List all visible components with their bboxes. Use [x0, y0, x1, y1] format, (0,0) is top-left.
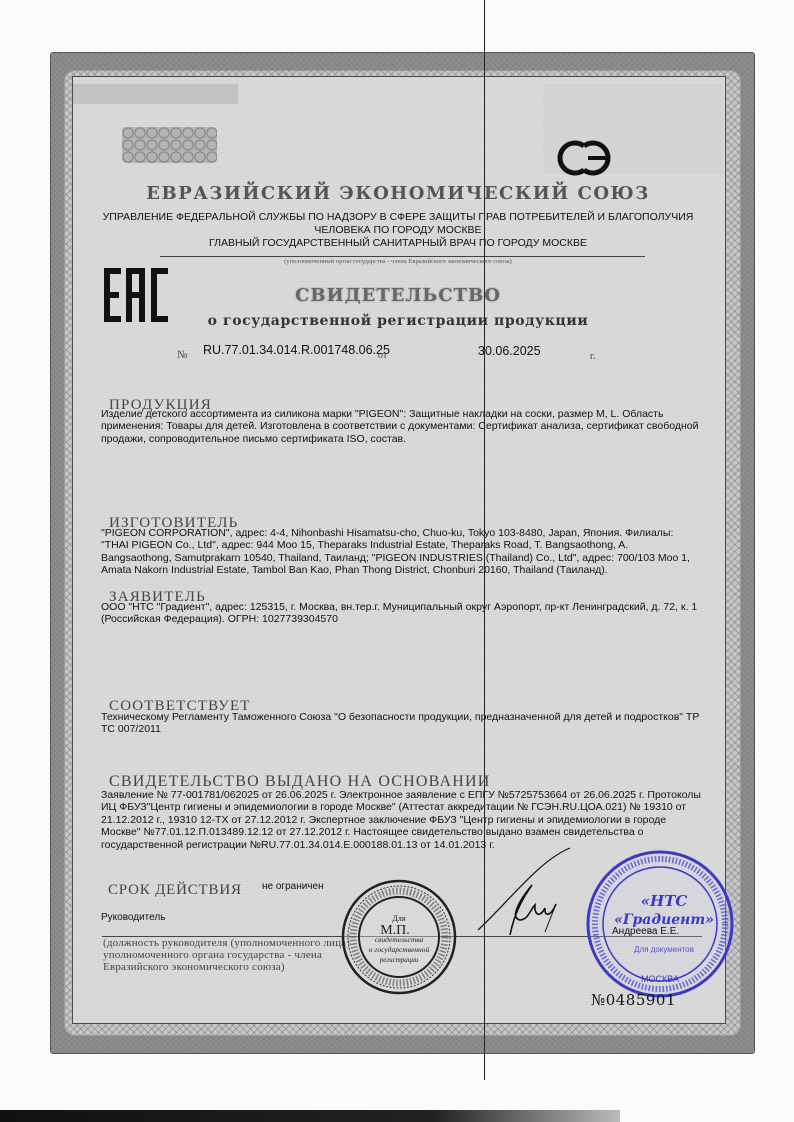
authority-caption: (уполномоченный орган государства - член…: [72, 258, 724, 265]
svg-text:МОСКВА: МОСКВА: [641, 974, 679, 984]
signer-name: Андреева Е.Е.: [612, 926, 679, 937]
background-pattern: [73, 84, 238, 104]
svg-text:«НТС: «НТС: [641, 892, 688, 910]
year-suffix: г.: [590, 351, 595, 362]
se-sanitary-logo-icon: [554, 138, 626, 178]
section-text-applicant: ООО "НТС "Градиент", адрес: 125315, г. М…: [101, 601, 701, 626]
section-text-conforms: Техническому Регламенту Таможенного Союз…: [101, 711, 701, 736]
svg-text:Для: Для: [392, 914, 405, 923]
serial-number: №0485901: [591, 991, 676, 1009]
date-label: от: [378, 350, 387, 361]
certificate-subtitle: о государственной регистрации продукции: [72, 313, 724, 329]
section-text-product: Изделие детского ассортимента из силикон…: [101, 408, 701, 445]
fold-line: [484, 0, 485, 1080]
svg-text:регистрации: регистрации: [379, 956, 419, 964]
registration-number: RU.77.01.34.014.R.001748.06.25: [203, 343, 390, 357]
svg-text:о государственной: о государственной: [369, 945, 430, 954]
section-text-manufacturer: "PIGEON CORPORATION", адрес: 4-4, Nihonb…: [101, 527, 701, 577]
authority-line: УПРАВЛЕНИЕ ФЕДЕРАЛЬНОЙ СЛУЖБЫ ПО НАДЗОРУ…: [80, 211, 716, 224]
head-label: Руководитель: [101, 912, 165, 923]
validity-value: не ограничен: [262, 881, 324, 892]
section-text-basis: Заявление № 77-001781/062025 от 26.06.20…: [101, 789, 701, 851]
position-caption: (должность руководителя (уполномоченного…: [103, 937, 353, 973]
guilloche-ornament: [122, 127, 217, 163]
certificate-title: СВИДЕТЕЛЬСТВО: [72, 285, 724, 306]
black-seal-stamp-icon: Для М.П. свидетельства о государственной…: [340, 878, 458, 996]
signature-icon: [470, 840, 580, 950]
registration-date: 30.06.2025: [478, 344, 541, 358]
scan-edge-shadow: [0, 1110, 620, 1122]
svg-text:Для документов: Для документов: [634, 945, 694, 954]
blue-company-stamp-icon: «НТС «Градиент» МОСКВА Для документов: [584, 848, 736, 1000]
authority-line: ЧЕЛОВЕКА ПО ГОРОДУ МОСКВЕ: [80, 224, 716, 237]
divider: [160, 256, 645, 257]
number-label: №: [177, 349, 188, 361]
authority-line: ГЛАВНЫЙ ГОСУДАРСТВЕННЫЙ САНИТАРНЫЙ ВРАЧ …: [80, 237, 716, 250]
svg-text:свидетельства: свидетельства: [375, 935, 424, 944]
union-title: ЕВРАЗИЙСКИЙ ЭКОНОМИЧЕСКИЙ СОЮЗ: [72, 183, 724, 204]
validity-heading: СРОК ДЕЙСТВИЯ: [108, 882, 242, 899]
